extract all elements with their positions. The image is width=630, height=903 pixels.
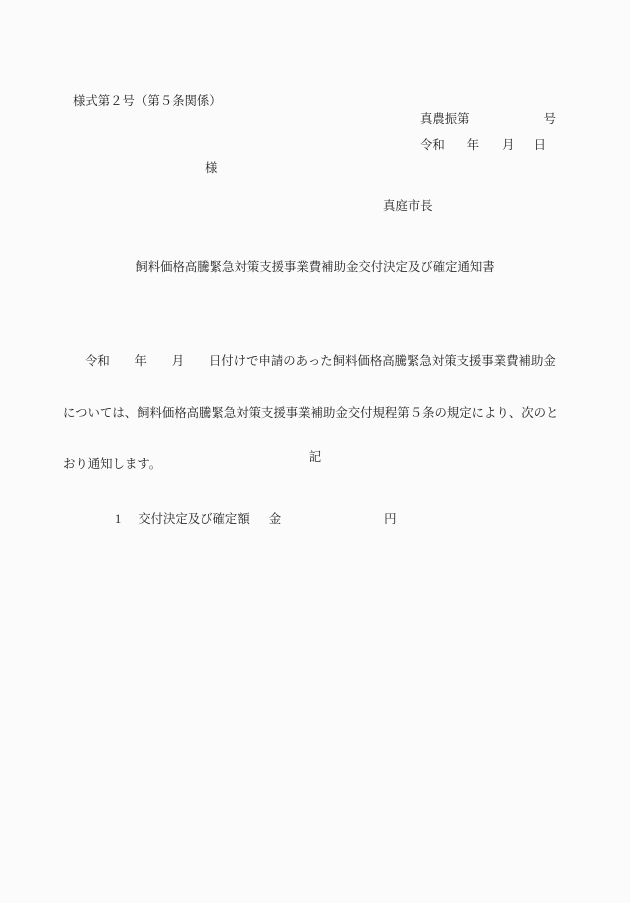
- addressee-honorific: 様: [205, 161, 217, 176]
- list-marker: 記: [0, 450, 630, 465]
- body-line-1: 令和 年 月 日付けで申請のあった飼料価格高騰緊急対策支援事業費補助金: [63, 351, 568, 373]
- date-day-label: 日: [534, 138, 546, 153]
- sender-name: 真庭市長: [383, 199, 433, 214]
- date-day-blank: [515, 148, 534, 149]
- amount-suffix: 円: [384, 512, 396, 527]
- date-era-label: 令和: [420, 138, 445, 153]
- doc-number-line: 真農振第 号: [420, 112, 556, 127]
- date-year-blank: [445, 148, 467, 149]
- form-number: 様式第２号（第５条関係）: [73, 94, 222, 109]
- amount-prefix-gap: [250, 522, 269, 523]
- date-month-blank: [479, 148, 502, 149]
- date-line: 令和 年 月 日: [420, 138, 546, 153]
- item-label: 交付決定及び確定額: [138, 512, 250, 527]
- addressee-line: 様: [63, 161, 217, 176]
- doc-number-suffix: 号: [544, 112, 556, 127]
- amount-prefix: 金: [269, 512, 281, 527]
- document-page: 様式第２号（第５条関係） 真農振第 号 令和 年 月 日 様 真庭市長 飼料価格…: [0, 0, 630, 903]
- item-number: 1: [115, 512, 121, 527]
- doc-number-blank: [470, 122, 544, 123]
- amount-blank: [281, 522, 384, 523]
- item-number-gap: [121, 522, 138, 523]
- date-month-label: 月: [502, 138, 514, 153]
- item-line-1: 1 交付決定及び確定額 金 円: [115, 512, 397, 527]
- document-title: 飼料価格高騰緊急対策支援事業費補助金交付決定及び確定通知書: [0, 260, 630, 275]
- body-line-2: については、飼料価格高騰緊急対策支援事業補助金交付規程第５条の規定により、次のと: [63, 403, 568, 425]
- date-year-label: 年: [467, 138, 479, 153]
- body-paragraph: 令和 年 月 日付けで申請のあった飼料価格高騰緊急対策支援事業費補助金 について…: [63, 321, 568, 506]
- doc-number-prefix: 真農振第: [420, 112, 470, 127]
- addressee-name-blank: [63, 171, 205, 172]
